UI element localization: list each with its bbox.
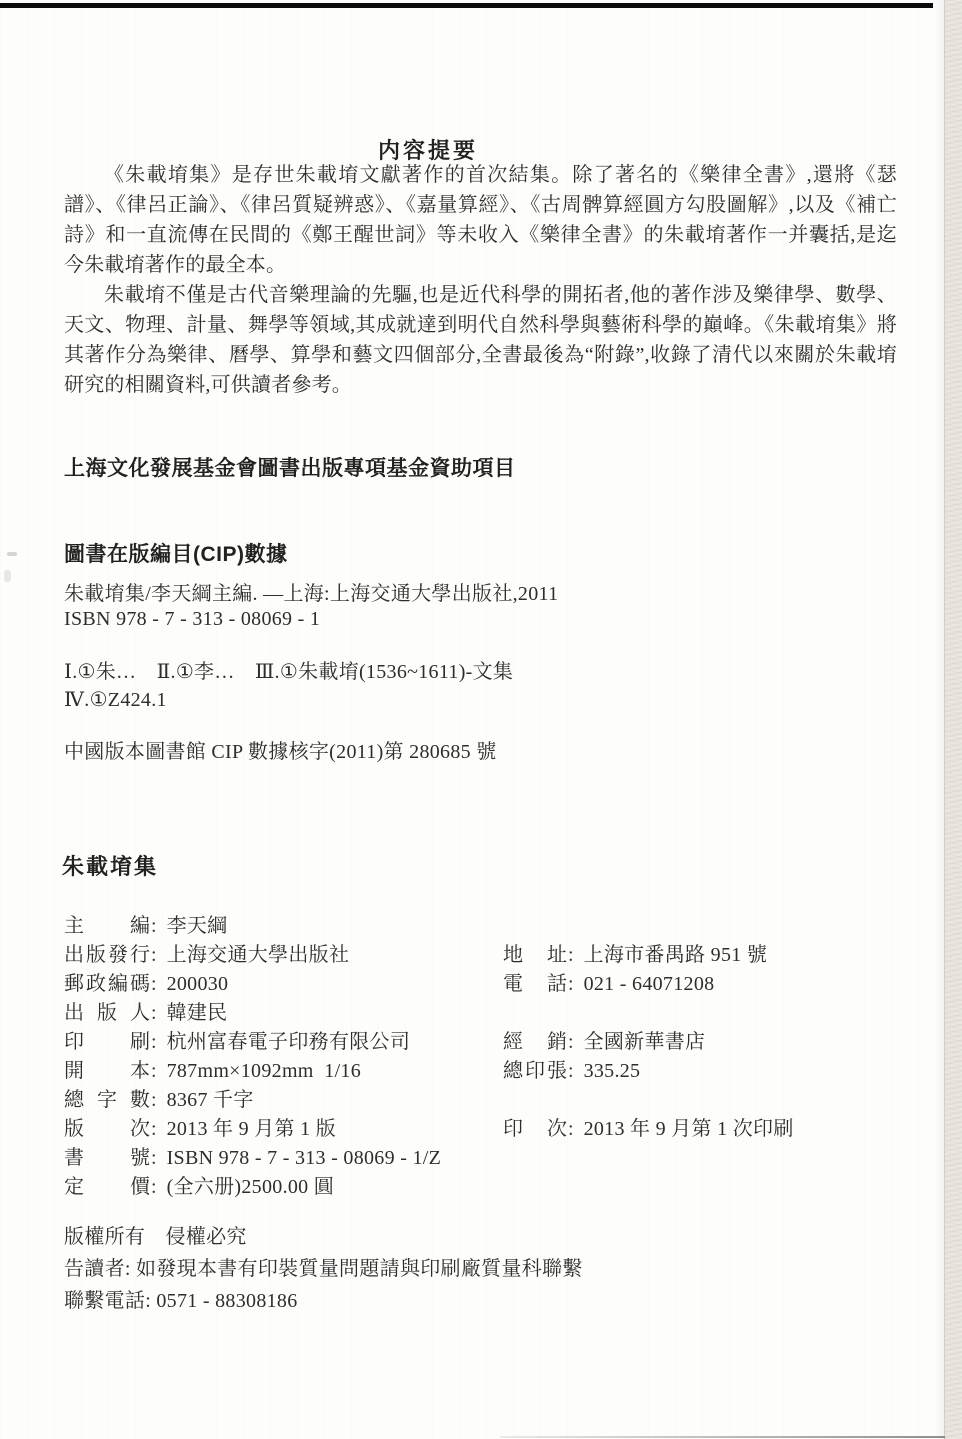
colophon-left-value: 上海交通大學出版社 (167, 944, 350, 966)
scan-edge-bottom-line (500, 1436, 945, 1438)
colophon-row: 總字數:8367 千字 (64, 1086, 904, 1115)
colon: : (151, 1115, 157, 1144)
summary-paragraph-2: 朱載堉不僅是古代音樂理論的先驅,也是近代科學的開拓者,他的著作涉及樂律學、數學、… (64, 280, 897, 400)
colophon-row: 出版發行:上海交通大學出版社 地址:上海市番禺路 951 號 (64, 941, 904, 970)
funding-line: 上海文化發展基金會圖書出版專項基金資助項目 (64, 452, 516, 482)
colophon-left-label: 版次 (64, 1115, 150, 1144)
colon: : (151, 912, 157, 941)
colophon-left-label: 主編 (64, 912, 150, 941)
scanned-book-copyright-page: 内容提要 《朱載堉集》是存世朱載堉文獻著作的首次結集。除了著名的《樂律全書》,還… (0, 0, 962, 1439)
colophon-row: 主編:李天綱 (64, 912, 904, 941)
colophon-left-label: 出版人 (64, 999, 150, 1028)
colon: : (151, 999, 157, 1028)
colophon-row: 印刷:杭州富春電子印務有限公司 經銷:全國新華書店 (64, 1028, 904, 1057)
colophon-right-value: 全國新華書店 (584, 1031, 706, 1053)
colophon-row: 書號:ISBN 978 - 7 - 313 - 08069 - 1/Z (64, 1144, 904, 1173)
colophon-right-value: 335.25 (584, 1060, 641, 1082)
colophon-left-value: 杭州富春電子印務有限公司 (167, 1031, 411, 1053)
colophon-left-value: 8367 千字 (167, 1089, 254, 1111)
colophon-right-value: 上海市番禺路 951 號 (584, 944, 768, 966)
colophon-right-label: 印次 (503, 1115, 567, 1144)
reader-notice-line: 告讀者: 如發現本書有印裝質量問題請與印刷廠質量科聯繫 (64, 1252, 583, 1281)
colon: : (151, 1028, 157, 1057)
colophon-right-label: 經銷 (503, 1028, 567, 1057)
colon: : (151, 1173, 157, 1202)
colon: : (151, 1086, 157, 1115)
page-edge-shadow (935, 0, 944, 1439)
colophon-right-value: 2013 年 9 月第 1 次印刷 (584, 1118, 794, 1140)
summary-paragraph-1: 《朱載堉集》是存世朱載堉文獻著作的首次結集。除了著名的《樂律全書》,還將《瑟譜》… (64, 160, 897, 280)
colophon-right-value: 021 - 64071208 (584, 973, 715, 995)
book-title: 朱載堉集 (62, 850, 158, 881)
colophon-row: 定價:(全六册)2500.00 圓 (64, 1173, 904, 1202)
colophon-left-label: 定價 (64, 1173, 150, 1202)
colon: : (151, 1057, 157, 1086)
colophon-left-label: 郵政編碼 (64, 970, 150, 999)
cip-classification-line: Ⅰ.①朱… Ⅱ.①李… Ⅲ.①朱載堉(1536~1611)-文集 (64, 655, 513, 684)
colon: : (151, 1144, 157, 1173)
colophon-left-value: (全六册)2500.00 圓 (167, 1176, 335, 1198)
colophon-left-value: 韓建民 (167, 1002, 228, 1024)
colophon-left-label: 出版發行 (64, 941, 150, 970)
colon: : (568, 1028, 574, 1057)
cip-classification-line-2: Ⅳ.①Z424.1 (64, 687, 167, 712)
colophon-row: 出版人:韓建民 (64, 999, 904, 1028)
colophon-left-value: 787mm×1092mm 1/16 (167, 1060, 361, 1082)
contact-phone-line: 聯繫電話: 0571 - 88308186 (64, 1284, 298, 1313)
colon: : (568, 1115, 574, 1144)
scan-edge-top-bar (0, 3, 933, 8)
paper-edge-strip (944, 0, 962, 1439)
colon: : (568, 970, 574, 999)
scan-artifact (7, 552, 17, 556)
cip-heading: 圖書在版編目(CIP)數據 (64, 538, 288, 568)
scan-artifact (4, 570, 11, 582)
colophon-row: 郵政編碼:200030 電話:021 - 64071208 (64, 970, 904, 999)
cip-isbn-line: ISBN 978 - 7 - 313 - 08069 - 1 (64, 608, 320, 631)
colophon-left-value: 2013 年 9 月第 1 版 (167, 1118, 337, 1140)
colophon-right-label: 總印張 (503, 1057, 567, 1086)
cip-title-line: 朱載堉集/李天綱主編. —上海:上海交通大學出版社,2011 (64, 577, 558, 606)
colophon-left-value: 李天綱 (167, 915, 228, 937)
colon: : (568, 1057, 574, 1086)
colophon-right-label: 電話 (503, 970, 567, 999)
colophon-right-label: 地址 (503, 941, 567, 970)
cip-record-line: 中國版本圖書館 CIP 數據核字(2011)第 280685 號 (64, 735, 497, 764)
colophon-row: 版次:2013 年 9 月第 1 版 印次:2013 年 9 月第 1 次印刷 (64, 1115, 904, 1144)
colon: : (568, 941, 574, 970)
colophon-left-label: 開本 (64, 1057, 150, 1086)
colophon-left-label: 印刷 (64, 1028, 150, 1057)
colophon-left-value: 200030 (167, 973, 229, 995)
colophon-left-label: 書號 (64, 1144, 150, 1173)
colophon: 主編:李天綱 出版發行:上海交通大學出版社 地址:上海市番禺路 951 號 郵政… (64, 912, 904, 1202)
colophon-row: 開本:787mm×1092mm 1/16 總印張:335.25 (64, 1057, 904, 1086)
colophon-left-label: 總字數 (64, 1086, 150, 1115)
copyright-line: 版權所有 侵權必究 (64, 1220, 247, 1249)
colophon-left-value: ISBN 978 - 7 - 313 - 08069 - 1/Z (167, 1147, 442, 1169)
colon: : (151, 941, 157, 970)
colon: : (151, 970, 157, 999)
